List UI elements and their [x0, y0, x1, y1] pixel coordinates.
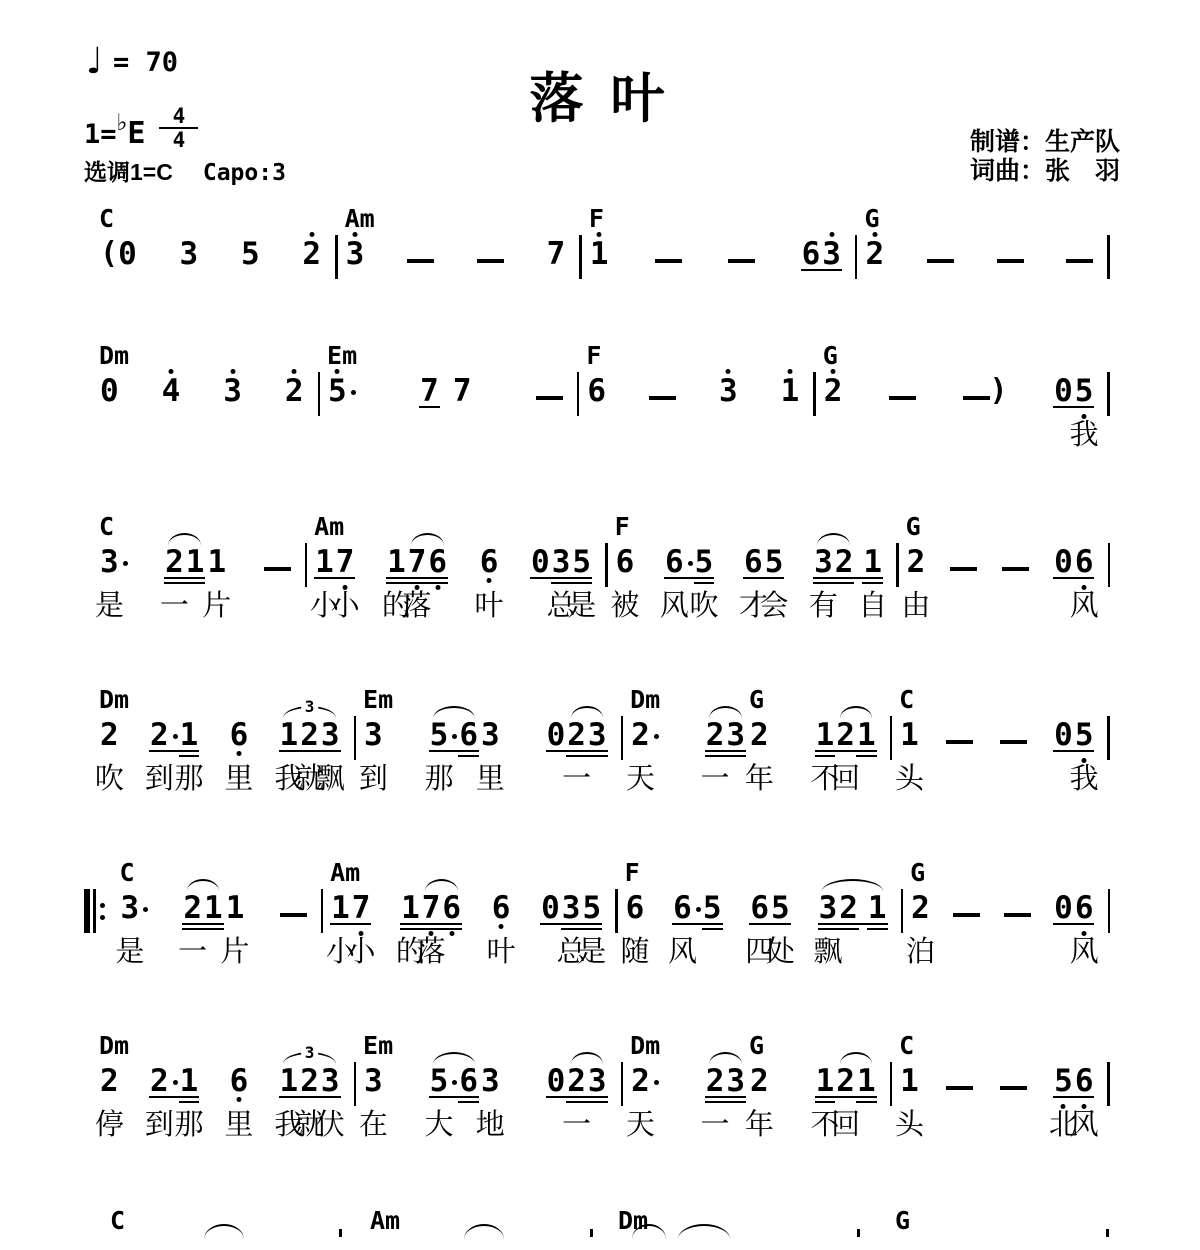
- lyric-syllable: 头: [849, 763, 969, 795]
- note-token: [946, 719, 973, 751]
- triplet-number: 3: [301, 699, 319, 715]
- note-token: 7: [422, 892, 441, 924]
- note-token: [655, 238, 682, 270]
- beam-line: [749, 923, 790, 925]
- note-group: 21: [150, 719, 198, 751]
- note-token: 3: [819, 892, 838, 924]
- note-group: 1233: [280, 719, 340, 751]
- augmentation-dot: [351, 390, 356, 395]
- note-token: [1000, 719, 1027, 751]
- beam-line: [429, 750, 479, 752]
- chord-label: C: [99, 206, 114, 232]
- note-token: 6: [442, 892, 461, 924]
- chord-label: Dm: [99, 343, 129, 369]
- note-group: C(0: [100, 238, 137, 270]
- note-group: 4: [162, 375, 181, 407]
- note-group: [280, 892, 307, 924]
- note-token: 1: [204, 892, 223, 924]
- beam-line-2: [818, 928, 859, 930]
- note-group: G2: [911, 892, 930, 924]
- beam-line: [164, 577, 205, 579]
- note-group: Am17: [331, 892, 370, 924]
- beam-line: [279, 750, 341, 752]
- note-token: F6: [626, 892, 645, 924]
- note-token: [1066, 238, 1093, 270]
- chord-label: F: [589, 206, 604, 232]
- note-group: 3: [180, 238, 199, 270]
- note-token: 3: [481, 719, 500, 751]
- slur-arc: [411, 533, 444, 546]
- note-token: G2: [865, 238, 884, 270]
- note-token: 6: [750, 892, 769, 924]
- lyric-syllable: 我: [1024, 419, 1144, 451]
- note-token: Dm2: [100, 719, 119, 751]
- note-token: [997, 238, 1024, 270]
- augmentation-dot: [452, 734, 457, 739]
- beam-line: [330, 923, 371, 925]
- note-group: [655, 238, 682, 270]
- augmentation-dot: [143, 907, 148, 912]
- lyric-syllable: 片: [175, 936, 295, 968]
- beam-line-2: [458, 755, 479, 757]
- beam-line: [672, 923, 722, 925]
- note-token: 5: [695, 546, 714, 578]
- beam-line-2: [386, 582, 448, 584]
- dash-note: [728, 259, 755, 263]
- note-group: F6: [616, 546, 635, 578]
- note-token: 0: [531, 546, 550, 578]
- beam-line: [400, 923, 462, 925]
- note-group: 6: [492, 892, 511, 924]
- note-token: 6: [1075, 892, 1094, 924]
- note-group: [1000, 719, 1027, 751]
- key-letter: E: [127, 118, 145, 150]
- note-group: 65: [665, 546, 713, 578]
- measure: C105: [892, 719, 1107, 751]
- octave-dot-above: [335, 369, 340, 374]
- note-group: G2: [907, 546, 926, 578]
- tuning-text: 选调1=C: [84, 159, 173, 185]
- note-token: 2: [183, 892, 202, 924]
- dash-note: [280, 913, 307, 917]
- note-token: 0: [1054, 719, 1073, 751]
- note-token: G2: [824, 375, 843, 407]
- chord-label: G: [910, 860, 925, 886]
- chord-label: C: [899, 687, 914, 713]
- measure: G206: [899, 546, 1108, 578]
- note-token: 1: [387, 546, 406, 578]
- note-group: [997, 238, 1024, 270]
- chord-label: G: [864, 206, 879, 232]
- tuning-info: 选调1=CCapo:3: [84, 154, 286, 187]
- dash-note: [997, 259, 1024, 263]
- octave-dot-above: [831, 369, 836, 374]
- augmentation-dot: [688, 561, 693, 566]
- beam-line: [182, 923, 223, 925]
- beam-line: [314, 577, 355, 579]
- slur-arc: [817, 533, 850, 546]
- time-signature: 4 4: [159, 106, 198, 150]
- note-group: 1: [781, 375, 800, 407]
- chord-label: Am: [330, 860, 360, 886]
- note-token: 6: [230, 719, 249, 751]
- measure: Em3563023: [356, 719, 621, 751]
- note-token: 7: [408, 546, 427, 578]
- notation-line: Dm0432Em577F631G2)05我: [92, 341, 1110, 493]
- note-token: 1: [280, 719, 299, 751]
- note-token: F1: [590, 238, 609, 270]
- note-token: 3: [562, 892, 581, 924]
- beam-line: [386, 577, 448, 579]
- note-token: 6: [1075, 546, 1094, 578]
- beam-line-2: [856, 755, 877, 757]
- credits: 制谱：生产队 词曲：张 羽: [970, 128, 1120, 186]
- note-group: 035: [531, 546, 591, 578]
- note-token: 3: [321, 719, 340, 751]
- note-group: [950, 546, 977, 578]
- octave-dot-below: [499, 924, 504, 929]
- note-token: 1: [857, 719, 876, 751]
- beam-line-2: [815, 755, 836, 757]
- lyric-syllable: 泊: [860, 936, 980, 968]
- note-token: 5: [582, 892, 601, 924]
- note-group: Em5: [328, 375, 356, 407]
- beam-line: [1053, 750, 1094, 752]
- octave-dot-above: [352, 232, 357, 237]
- octave-dot-below: [236, 751, 241, 756]
- augmentation-dot: [696, 907, 701, 912]
- note-token: 2: [300, 719, 319, 751]
- beam-line: [818, 923, 888, 925]
- measure: C3211: [92, 546, 305, 578]
- measure: G2)05: [816, 375, 1108, 407]
- chord-label: Am: [345, 206, 375, 232]
- note-token: 1: [226, 892, 245, 924]
- beam-line: [743, 577, 784, 579]
- augmentation-dot: [654, 734, 659, 739]
- note-group: 211: [183, 892, 244, 924]
- slur-arc: [709, 706, 742, 719]
- chord-label: F: [586, 343, 601, 369]
- dash-note: [950, 567, 977, 571]
- note-token: [407, 238, 434, 270]
- note-token: 1: [180, 719, 199, 751]
- dash-note: [655, 259, 682, 263]
- note-token: 0: [1054, 892, 1073, 924]
- barline: [1108, 543, 1111, 587]
- note-token: C(0: [100, 238, 137, 270]
- beam-line: [1053, 406, 1094, 408]
- note-token: 1: [868, 892, 887, 924]
- note-token: 5: [771, 892, 790, 924]
- note-token: 2: [285, 375, 304, 407]
- notation-sheet: C(0352Am37F163G2Dm0432Em577F631G2)05我C32…: [92, 204, 1110, 1028]
- note-group: [536, 375, 563, 407]
- key-prefix: 1=: [84, 120, 117, 150]
- note-group: [728, 238, 755, 270]
- note-token: [950, 546, 977, 578]
- chord-label: F: [625, 860, 640, 886]
- octave-dot-above: [787, 369, 792, 374]
- dash-note: [1066, 259, 1093, 263]
- measure: F163: [582, 238, 855, 270]
- note-group: C3: [100, 546, 128, 578]
- note-token: 5: [703, 892, 722, 924]
- octave-dot-above: [230, 369, 235, 374]
- octave-dot-above: [829, 232, 834, 237]
- chord-label: Em: [327, 343, 357, 369]
- dash-note: [649, 396, 676, 400]
- note-token: F6: [616, 546, 635, 578]
- beam-line-2: [862, 582, 883, 584]
- beam-line-2: [867, 928, 888, 930]
- chord-label: C: [99, 514, 114, 540]
- beam-line-2: [164, 582, 205, 584]
- note-group: 035: [541, 892, 601, 924]
- note-group: [264, 546, 291, 578]
- note-group: [649, 375, 676, 407]
- note-group: 121: [816, 719, 876, 751]
- dash-note: [1004, 913, 1031, 917]
- note-token: Am3: [346, 238, 365, 270]
- chord-label: Em: [363, 687, 393, 713]
- measure: Am171766035: [323, 892, 615, 924]
- note-token: Dm0: [100, 375, 119, 407]
- octave-dot-above: [309, 232, 314, 237]
- note-group: 63: [802, 238, 841, 270]
- beam-line-2: [705, 755, 746, 757]
- chord-label: C: [120, 860, 135, 886]
- note-group: [1066, 238, 1093, 270]
- note-token: Am1: [315, 546, 334, 578]
- note-group: 65: [744, 546, 783, 578]
- note-group: 5: [241, 238, 260, 270]
- note-token: G2: [907, 546, 926, 578]
- note-group: 2: [302, 238, 321, 270]
- note-group: G2: [865, 238, 884, 270]
- note-token: 1: [863, 546, 882, 578]
- barline: [1107, 372, 1110, 416]
- note-token: 3: [180, 238, 199, 270]
- lyric-syllable: 风: [1024, 590, 1144, 622]
- note-token: 3: [719, 375, 738, 407]
- octave-dot-above: [168, 369, 173, 374]
- measure: Dm223G2121: [623, 719, 890, 751]
- note-group: 023: [547, 719, 607, 751]
- note-token: ): [963, 375, 1008, 407]
- measure: F631: [579, 375, 813, 407]
- note-token: 7: [420, 375, 439, 407]
- note-token: 3: [814, 546, 833, 578]
- dash-note: [927, 259, 954, 263]
- beam-line: [149, 750, 199, 752]
- notation-line: C(0352Am37F163G2: [92, 204, 1110, 312]
- measure: C(0352: [92, 238, 335, 270]
- note-token: 6: [459, 719, 478, 751]
- note-group: 6: [230, 719, 249, 751]
- beam-line: [815, 750, 877, 752]
- beam-line-2: [561, 928, 602, 930]
- beam-line: [540, 923, 602, 925]
- note-token: G2: [911, 892, 930, 924]
- note-group: [946, 719, 973, 751]
- note-group: 211: [165, 546, 226, 578]
- note-token: 6: [480, 546, 499, 578]
- octave-dot-above: [872, 232, 877, 237]
- note-group: F1: [590, 238, 609, 270]
- note-token: Em3: [364, 719, 383, 751]
- chord-label: Dm: [630, 687, 660, 713]
- note-token: 1: [207, 546, 226, 578]
- note-token: [889, 375, 916, 407]
- note-token: [536, 375, 563, 407]
- note-group: 06: [1054, 892, 1093, 924]
- note-token: [953, 892, 980, 924]
- note-group: 321: [814, 546, 882, 578]
- beam-line: [419, 406, 440, 408]
- note-token: F6: [587, 375, 606, 407]
- note-token: 3: [223, 375, 242, 407]
- note-group: Dm0: [100, 375, 119, 407]
- note-group: 3: [719, 375, 738, 407]
- credit-arranger: 制谱：生产队: [970, 128, 1120, 157]
- time-lower: 4: [173, 130, 186, 150]
- note-token: 2: [835, 546, 854, 578]
- note-group: 06: [1054, 546, 1093, 578]
- tempo-value: = 70: [113, 47, 178, 78]
- note-token: 2: [165, 546, 184, 578]
- note-token: G2: [750, 719, 769, 751]
- note-token: C3: [100, 546, 128, 578]
- note-token: [927, 238, 954, 270]
- chord-label: Dm: [99, 687, 129, 713]
- note-group: 65: [750, 892, 789, 924]
- note-group: ): [963, 375, 1008, 407]
- note-token: [280, 892, 307, 924]
- lyric-syllable: 我: [1024, 763, 1144, 795]
- note-group: 05: [1054, 375, 1093, 407]
- beam-line-2: [694, 582, 715, 584]
- dash-note: [953, 913, 980, 917]
- note-token: 6: [492, 892, 511, 924]
- note-group: 77: [420, 375, 471, 407]
- slur-arc: [425, 879, 458, 892]
- slur-arc: [571, 706, 604, 719]
- beam-line-2: [702, 928, 723, 930]
- octave-dot-above: [597, 232, 602, 237]
- dash-note: [1002, 567, 1029, 571]
- augmentation-dot: [123, 561, 128, 566]
- note-token: 7: [547, 238, 566, 270]
- barline: [1108, 889, 1111, 933]
- beam-line: [664, 577, 714, 579]
- note-group: Em3: [364, 719, 383, 751]
- beam-line: [546, 750, 608, 752]
- note-group: 176: [387, 546, 447, 578]
- note-token: 3: [822, 238, 841, 270]
- note-token: 5: [241, 238, 260, 270]
- beam-line: [1053, 577, 1094, 579]
- note-token: [477, 238, 504, 270]
- beam-line: [813, 577, 883, 579]
- barline: [1107, 235, 1110, 279]
- octave-dot-above: [726, 369, 731, 374]
- note-token: 6: [428, 546, 447, 578]
- note-group: 321: [819, 892, 887, 924]
- note-token: 5: [430, 719, 458, 751]
- chord-label: F: [615, 514, 630, 540]
- measure: F66565321: [618, 892, 901, 924]
- flat-icon: ♭: [117, 110, 128, 136]
- note-group: Dm2: [100, 719, 119, 751]
- quarter-note-icon: ♩: [86, 44, 103, 80]
- note-token: 5: [1075, 375, 1094, 407]
- note-group: F6: [587, 375, 606, 407]
- note-group: 05: [1054, 719, 1093, 751]
- note-group: C3: [121, 892, 149, 924]
- note-group: [1002, 546, 1029, 578]
- measure: Dm22161233: [92, 719, 354, 751]
- beam-line: [1053, 923, 1094, 925]
- note-token: [728, 238, 755, 270]
- credit-composer: 词曲：张 羽: [970, 157, 1120, 186]
- beam-line-2: [551, 582, 592, 584]
- note-token: 5: [1075, 719, 1094, 751]
- notation-line: C3211Am171766035F66565321G206是一片小小的落叶总是随…: [92, 858, 1110, 1010]
- note-group: 23G2: [706, 719, 769, 751]
- note-group: 3: [223, 375, 242, 407]
- notation-line: Dm22161233Em3563023Dm223G2121C105吹到那里我就飘…: [92, 685, 1110, 837]
- beam-line-2: [400, 928, 462, 930]
- note-group: 176: [401, 892, 461, 924]
- chord-label: G: [906, 514, 921, 540]
- augmentation-dot: [173, 734, 178, 739]
- lyric-syllable: 风: [1024, 936, 1144, 968]
- beam-line-2: [813, 582, 854, 584]
- note-token: 3: [726, 719, 745, 751]
- note-token: 2: [302, 238, 321, 270]
- lyric-syllable: 由: [856, 590, 976, 622]
- measure: Am171766035: [307, 546, 605, 578]
- measure: C3211: [113, 892, 321, 924]
- note-token: 3: [588, 719, 607, 751]
- note-token: 0: [547, 719, 566, 751]
- tempo-marking: ♩ = 70: [86, 44, 178, 80]
- beam-line-2: [182, 928, 223, 930]
- note-token: 1: [186, 546, 205, 578]
- note-group: 7: [547, 238, 566, 270]
- note-token: 7: [352, 892, 371, 924]
- note-token: 2: [567, 719, 586, 751]
- octave-dot-below: [487, 578, 492, 583]
- measure: Em577: [320, 375, 577, 407]
- note-group: 563: [430, 719, 500, 751]
- note-token: 7: [336, 546, 355, 578]
- beam-line-2: [179, 755, 200, 757]
- measure: Am37: [338, 238, 580, 270]
- dash-note: [889, 396, 916, 400]
- dash-note: [264, 567, 291, 571]
- dash-note: [1000, 740, 1027, 744]
- note-group: Am17: [315, 546, 354, 578]
- note-token: Dm2: [631, 719, 659, 751]
- note-group: Dm2: [631, 719, 659, 751]
- slur-arc: [187, 879, 220, 892]
- note-token: 0: [541, 892, 560, 924]
- note-token: [1004, 892, 1031, 924]
- slur-arc: [168, 533, 201, 546]
- note-token: C3: [121, 892, 149, 924]
